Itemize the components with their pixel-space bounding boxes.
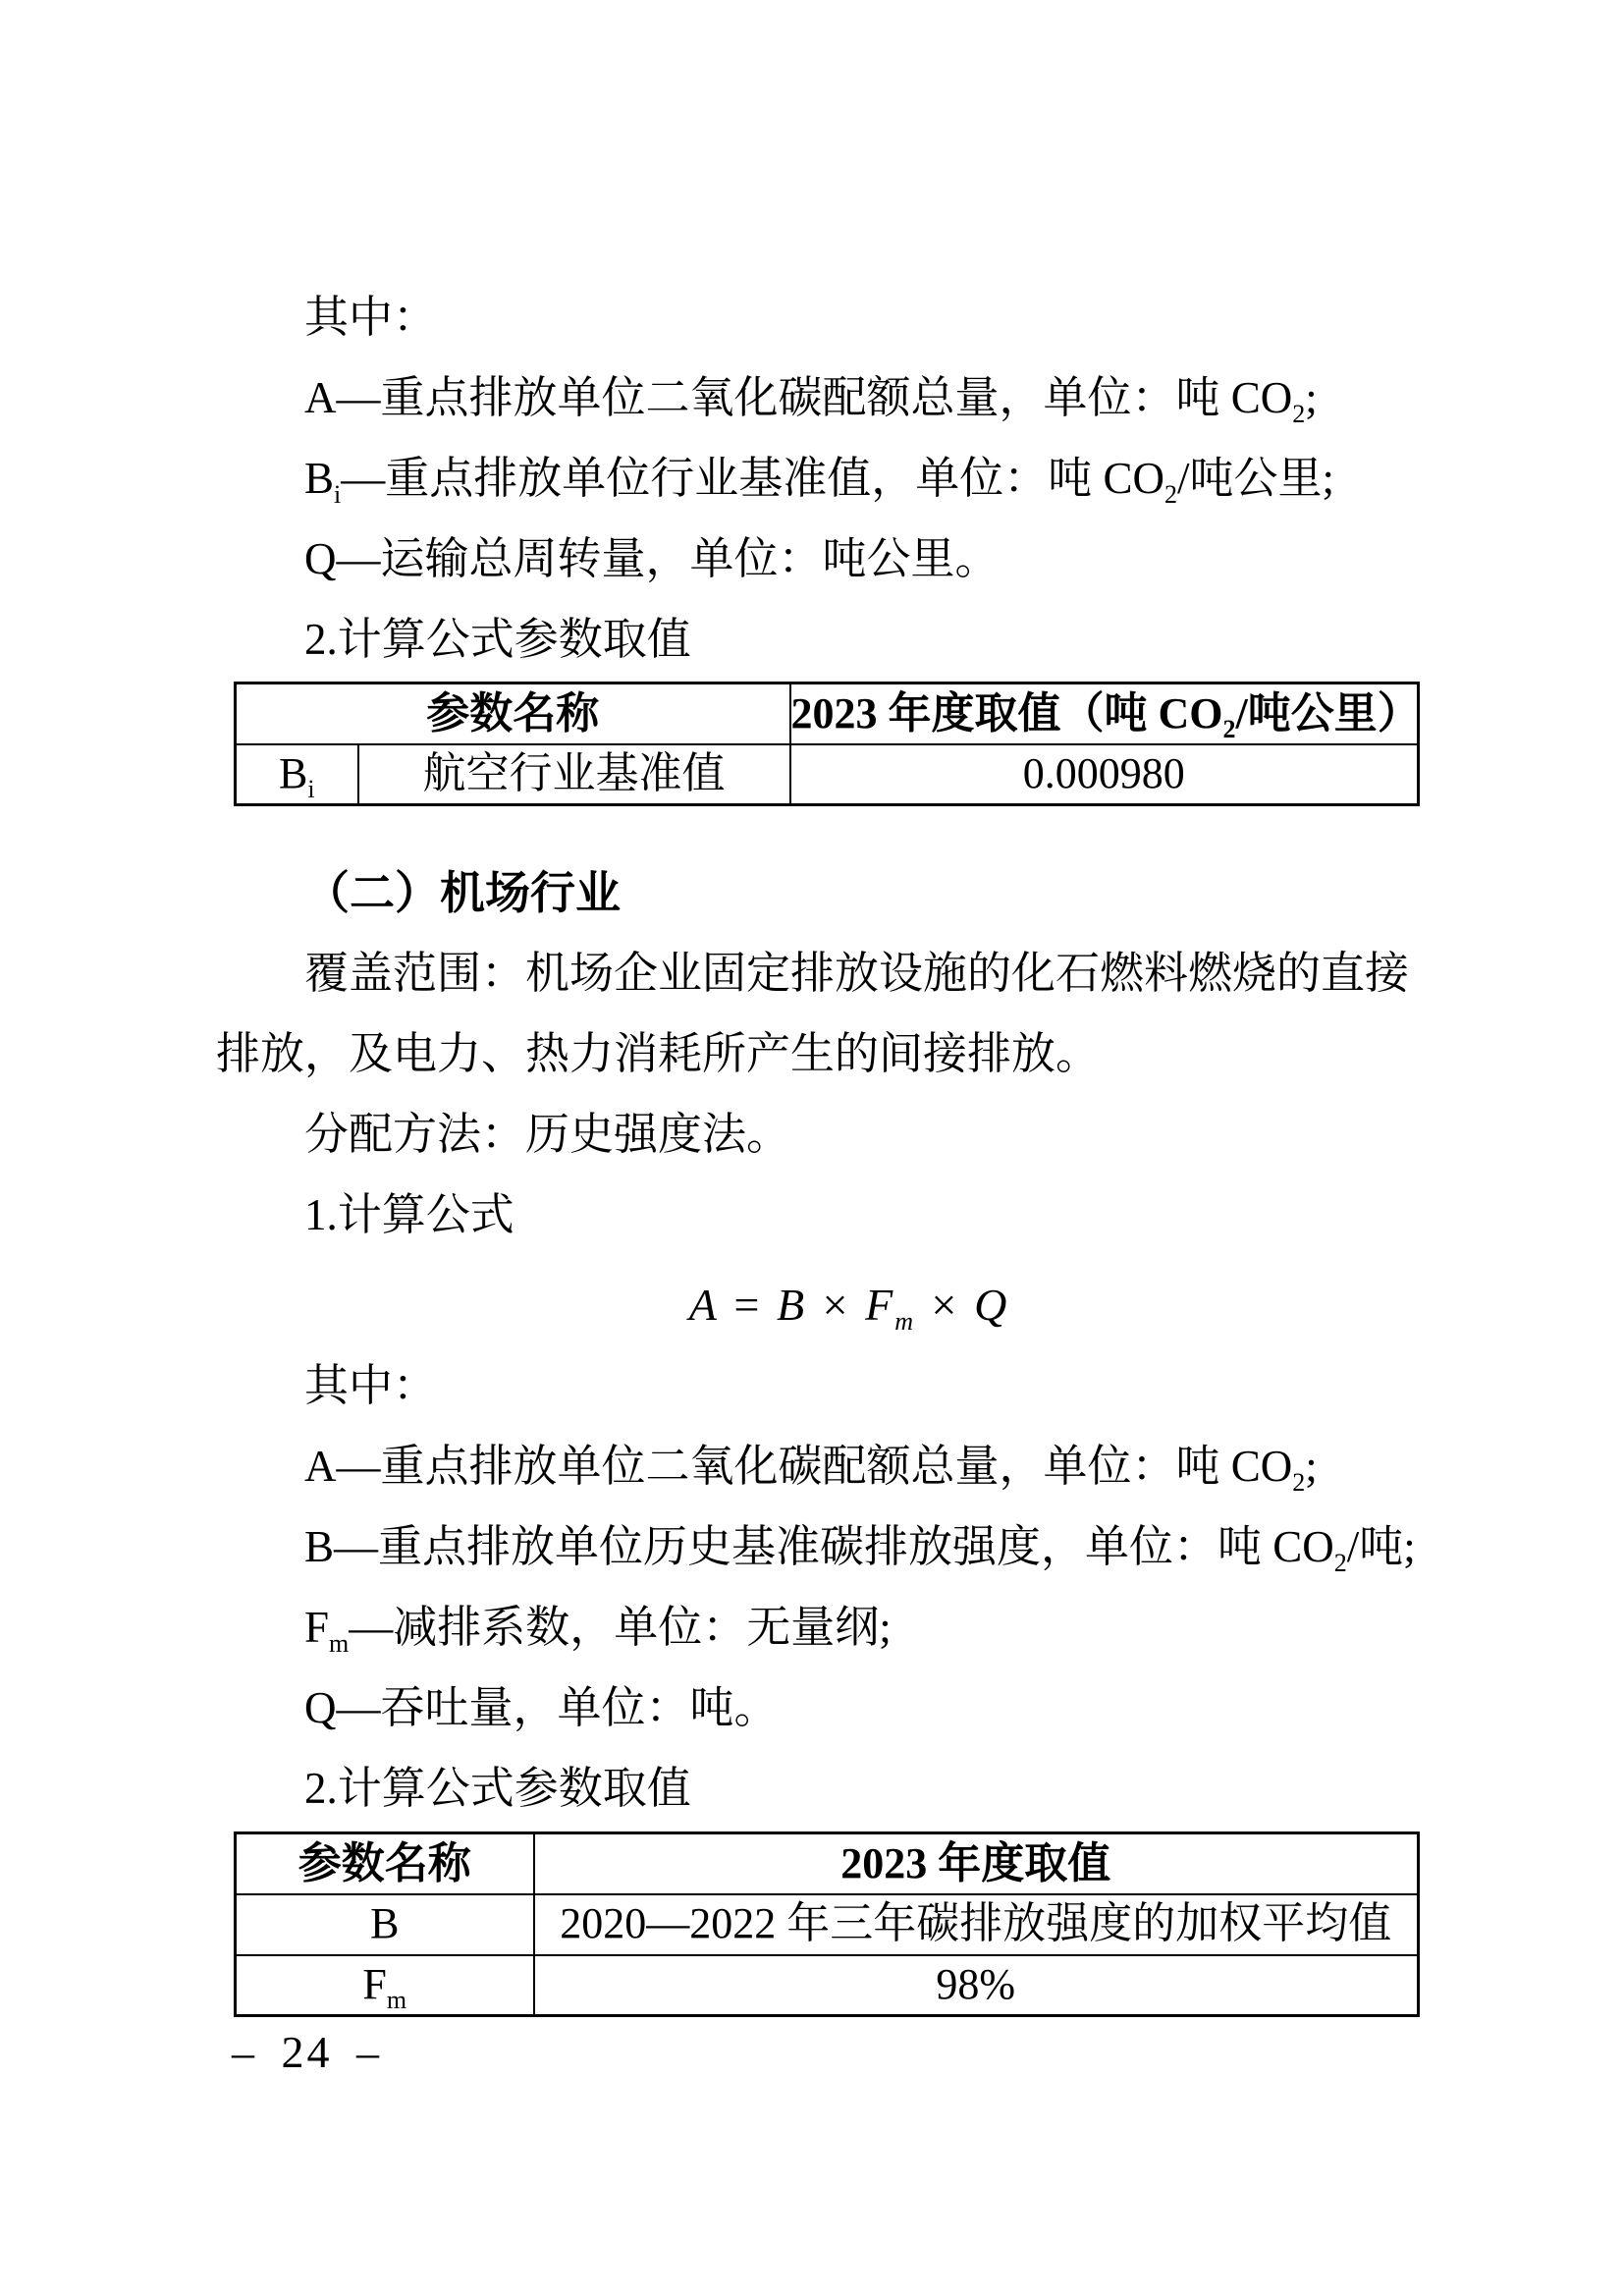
- cell-symbol-b: B: [236, 1894, 534, 1955]
- document-page: 其中： A—重点排放单位二氧化碳配额总量，单位：吨 CO2; Bi—重点排放单位…: [0, 0, 1623, 2296]
- table-row: B 2020—2022 年三年碳排放强度的加权平均值: [236, 1894, 1419, 1955]
- table-row: Bi 航空行业基准值 0.000980: [236, 744, 1419, 805]
- aviation-parameter-table: 参数名称 2023 年度取值（吨 CO2/吨公里） Bi 航空行业基准值 0.0…: [234, 682, 1420, 806]
- cell-value-aviation-benchmark: 0.000980: [790, 744, 1419, 805]
- document-content: 其中： A—重点排放单位二氧化碳配额总量，单位：吨 CO2; Bi—重点排放单位…: [216, 277, 1423, 2017]
- definition-fm-reduction-factor: Fm—减排系数，单位：无量纲;: [216, 1587, 1423, 1667]
- cell-symbol-fm: Fm: [236, 1955, 534, 2016]
- airport-parameter-table: 参数名称 2023 年度取值 B 2020—2022 年三年碳排放强度的加权平均…: [234, 1831, 1420, 2017]
- subheading-param-values-aviation: 2.计算公式参数取值: [216, 599, 1423, 680]
- cell-value-fm-percent: 98%: [534, 1955, 1419, 2016]
- paragraph-intro-aviation: 其中：: [216, 277, 1423, 357]
- paragraph-scope-line-1: 覆盖范围：机场企业固定排放设施的化石燃料燃烧的直接: [216, 933, 1423, 1013]
- definition-q-turnover: Q—运输总周转量，单位：吨公里。: [216, 519, 1423, 599]
- paragraph-allocation-method: 分配方法：历史强度法。: [216, 1094, 1423, 1175]
- definition-a-total-quota: A—重点排放单位二氧化碳配额总量，单位：吨 CO2;: [216, 357, 1423, 438]
- paragraph-scope-line-2: 排放，及电力、热力消耗所产生的间接排放。: [216, 1013, 1423, 1094]
- paragraph-intro-airport: 其中：: [216, 1345, 1423, 1426]
- cell-value-b-weighted-average: 2020—2022 年三年碳排放强度的加权平均值: [534, 1894, 1419, 1955]
- table-row: Fm 98%: [236, 1955, 1419, 2016]
- definition-b-historical-intensity: B—重点排放单位历史基准碳排放强度，单位：吨 CO2/吨;: [216, 1506, 1423, 1587]
- definition-bi-benchmark: Bi—重点排放单位行业基准值，单位：吨 CO2/吨公里;: [216, 438, 1423, 519]
- table-row-header: 参数名称 2023 年度取值（吨 CO2/吨公里）: [236, 683, 1419, 744]
- page-number: – 24 –: [232, 2025, 382, 2079]
- header-cell-2023-value: 2023 年度取值: [534, 1833, 1419, 1894]
- cell-name-aviation-benchmark: 航空行业基准值: [358, 744, 790, 805]
- definition-a-total-quota-airport: A—重点排放单位二氧化碳配额总量，单位：吨 CO2;: [216, 1426, 1423, 1506]
- formula-airport-quota: A = B × Fm × Q: [216, 1265, 1423, 1345]
- subheading-calc-formula: 1.计算公式: [216, 1175, 1423, 1255]
- definition-q-throughput: Q—吞吐量，单位：吨。: [216, 1667, 1423, 1748]
- cell-symbol-bi: Bi: [236, 744, 358, 805]
- table-row-header: 参数名称 2023 年度取值: [236, 1833, 1419, 1894]
- header-cell-param-name: 参数名称: [236, 683, 790, 744]
- header-cell-param-name: 参数名称: [236, 1833, 534, 1894]
- subheading-param-values-airport: 2.计算公式参数取值: [216, 1748, 1423, 1829]
- header-cell-2023-value-unit: 2023 年度取值（吨 CO2/吨公里）: [790, 683, 1419, 744]
- section-heading-airport-industry: （二）机场行业: [216, 852, 1423, 933]
